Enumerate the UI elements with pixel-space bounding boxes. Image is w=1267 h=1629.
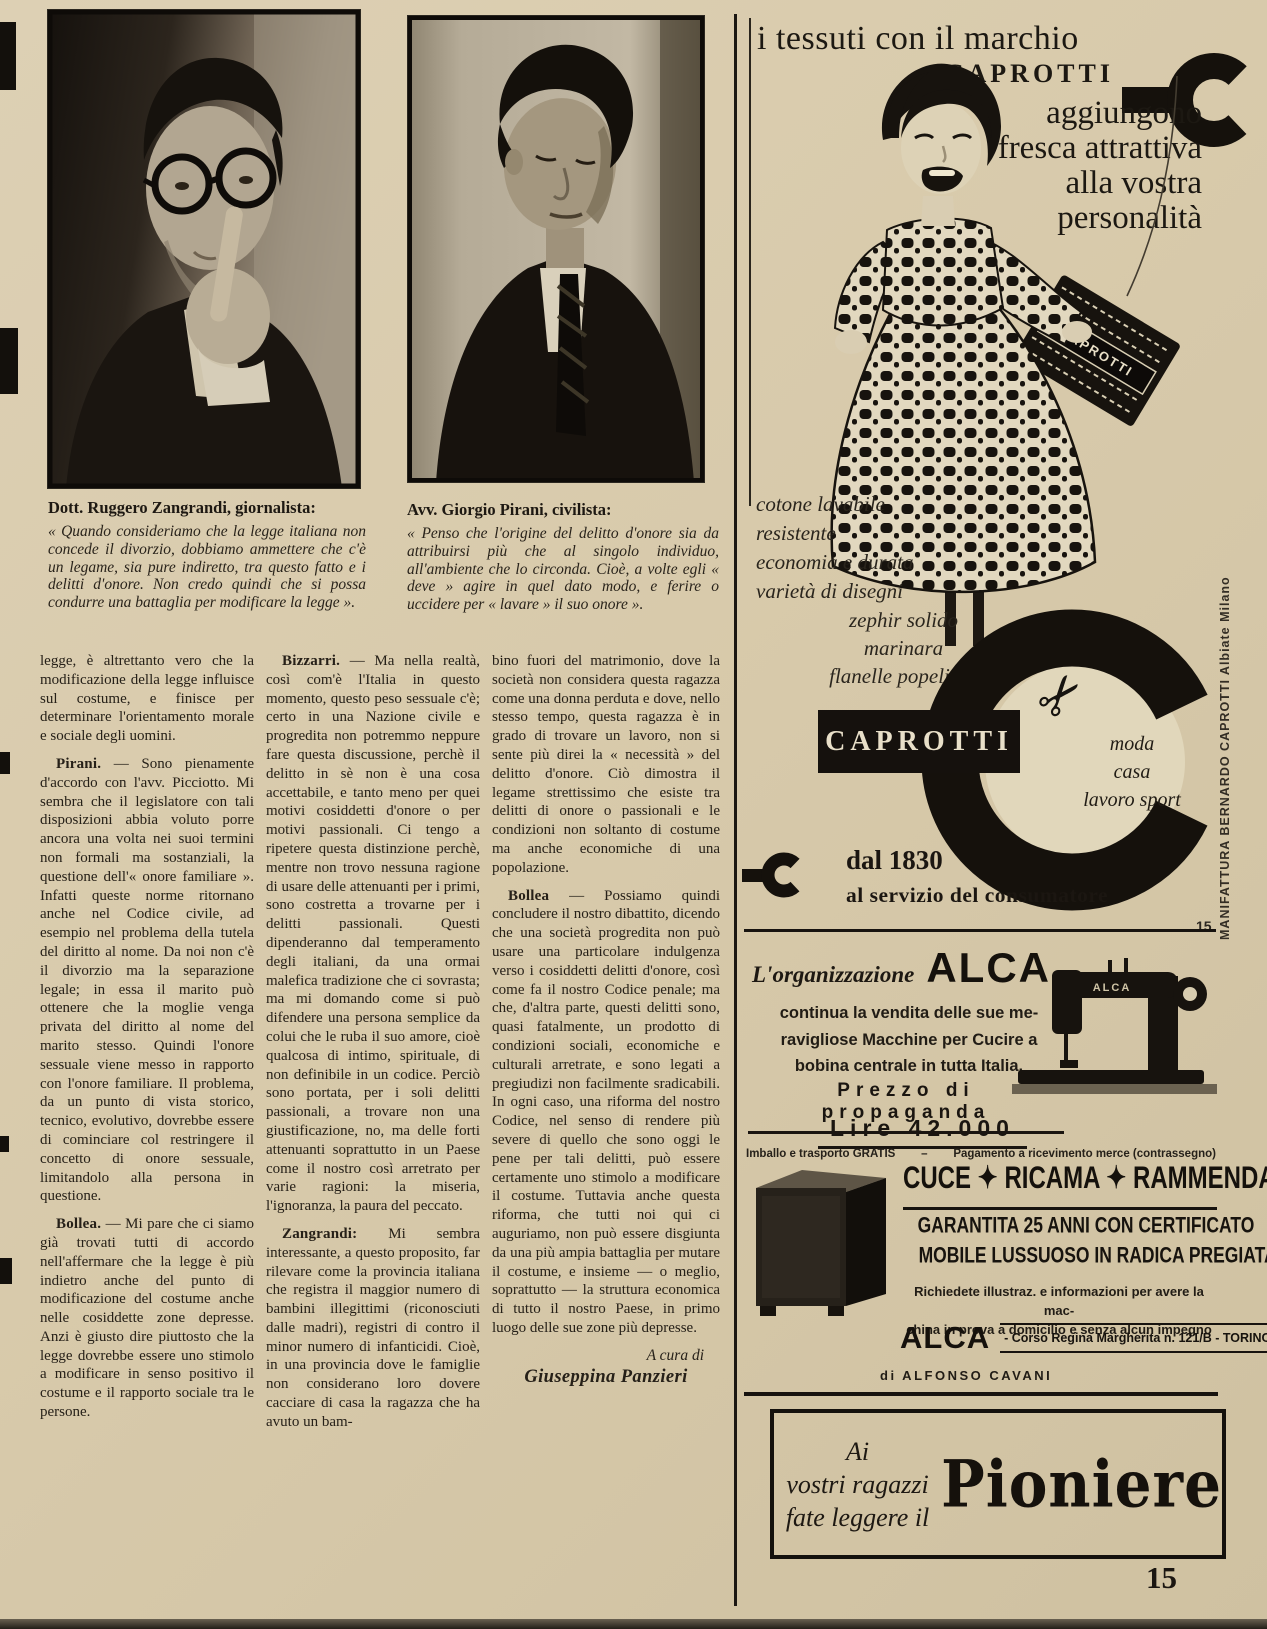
photo-zangrandi: [48, 10, 360, 488]
article-paragraph: Bollea. — Mi pare che ci siamo già trova…: [40, 1215, 254, 1422]
scan-edge-mark: [0, 752, 10, 774]
page-number: 15: [1146, 1560, 1177, 1596]
caprotti-feature-line: economia e durata: [756, 548, 913, 577]
article-column-2: Bizzarri. — Ma nella realtà, così com'è …: [266, 652, 480, 1441]
article-column-3: bino fuori del matrimonio, dove la socie…: [492, 652, 720, 1387]
pioniere-slogan-line: vostri ragazzi: [774, 1468, 941, 1501]
sewing-machine-photo: ALCA: [1012, 942, 1217, 1107]
cuce-note-line: Richiedete illustraz. e informazioni per…: [900, 1282, 1218, 1320]
magazine-page-scan: { "page_number": "15", "icons": { "sciss…: [0, 0, 1267, 1629]
caprotti-logo-bar: CAPROTTI: [818, 710, 1020, 773]
byline-prefix: A cura di: [492, 1347, 720, 1366]
column-divider-line: [734, 14, 737, 1606]
portrait-pirani-illustration: [408, 16, 704, 482]
scan-bottom-edge: [0, 1619, 1267, 1629]
caprotti-c-logo-small: [742, 843, 806, 907]
portrait-zangrandi-illustration: [48, 10, 360, 488]
cuce-brand-row: ALCA - Corso Regina Margherita n. 121/B …: [900, 1320, 1267, 1356]
cuce-owner: di ALFONSO CAVANI: [880, 1368, 1052, 1383]
article-paragraph: legge, è altrettanto vero che la modific…: [40, 652, 254, 746]
pioniere-brand-name: Pioniere: [941, 1446, 1222, 1522]
caprotti-since: dal 1830: [846, 845, 943, 876]
scan-edge-mark: [0, 1258, 12, 1284]
alca-price-value: Lire 42.000: [818, 1115, 1027, 1149]
photo-pirani: [408, 16, 704, 482]
caption-pirani-title: Avv. Giorgio Pirani, civilista:: [407, 500, 719, 520]
caprotti-manufacturer-vertical-text: MANIFATTURA BERNARDO CAPROTTI Albiate Mi…: [1218, 488, 1232, 940]
ad-left-rule: [749, 18, 751, 506]
pioniere-slogan-line: Ai: [774, 1435, 941, 1468]
caprotti-features-list: cotone lavabileresistenteeconomia e dura…: [756, 490, 913, 606]
caption-zangrandi-quote: « Quando consideriamo che la legge itali…: [48, 523, 366, 612]
article-paragraph: Zangrandi: Mi sembra interessante, a que…: [266, 1225, 480, 1432]
cuce-guarantee-2-text: MOBILE LUSSUOSO IN RADICA PREGIATA: [919, 1244, 1267, 1269]
caprotti-feature-line: cotone lavabile: [756, 490, 913, 519]
cuce-headline: CUCE ✦ RICAMA ✦ RAMMENDA: [903, 1159, 1267, 1197]
article-paragraph: Pirani. — Sono pienamente d'accordo con …: [40, 755, 254, 1206]
pioniere-slogan: Aivostri ragazzifate leggere il: [774, 1435, 941, 1534]
cabinet-photo: [750, 1158, 892, 1320]
article-paragraph: bino fuori del matrimonio, dove la socie…: [492, 652, 720, 878]
caprotti-service-claim: al servizio del consumatore: [846, 883, 1108, 908]
alca-shipping-separator: –: [921, 1148, 927, 1160]
caprotti-circle-word: casa: [1052, 758, 1212, 786]
alca-headline-row: L'organizzazione ALCA: [752, 944, 1051, 992]
cuce-address: - Corso Regina Margherita n. 121/B - TOR…: [1000, 1323, 1267, 1353]
cuce-brand-name: ALCA: [900, 1320, 990, 1356]
pioniere-ad-box: Aivostri ragazzifate leggere il Pioniere: [770, 1409, 1226, 1559]
pioniere-slogan-line: fate leggere il: [774, 1501, 941, 1534]
alca-shipping-right: Pagamento a ricevimento merce (contrasse…: [953, 1148, 1216, 1160]
caprotti-circle-word: moda: [1052, 730, 1212, 758]
caprotti-circle-words: modacasalavoro sport: [1052, 730, 1212, 814]
section-rule: [744, 929, 1216, 932]
caption-zangrandi-title: Dott. Ruggero Zangrandi, giornalista:: [48, 498, 366, 518]
scan-edge-mark: [0, 328, 18, 394]
article-byline: A cura di Giuseppina Panzieri: [492, 1347, 720, 1388]
caption-block-zangrandi: Dott. Ruggero Zangrandi, giornalista: « …: [48, 498, 366, 612]
alca-org-label: L'organizzazione: [752, 962, 914, 988]
caption-block-pirani: Avv. Giorgio Pirani, civilista: « Penso …: [407, 500, 719, 614]
article-column-1: legge, è altrettanto vero che la modific…: [40, 652, 254, 1431]
caption-pirani-quote: « Penso che l'origine del delitto d'onor…: [407, 525, 719, 614]
cuce-guarantee-1-text: GARANTITA 25 ANNI CON CERTIFICATO: [918, 1214, 1255, 1239]
byline-name: Giuseppina Panzieri: [492, 1368, 720, 1387]
caprotti-feature-line: resistente: [756, 519, 913, 548]
caprotti-circle-word: lavoro sport: [1052, 786, 1212, 814]
cuce-guarantee-2: MOBILE LUSSUOSO IN RADICA PREGIATA: [903, 1246, 1217, 1268]
machine-brand-label: ALCA: [1093, 982, 1132, 994]
cuce-guarantee-1: GARANTITA 25 ANNI CON CERTIFICATO: [903, 1216, 1217, 1238]
thread-line: [1127, 76, 1177, 296]
cuce-headline-box: CUCE ✦ RICAMA ✦ RAMMENDA: [903, 1168, 1217, 1210]
scan-edge-mark: [0, 1136, 9, 1152]
article-paragraph: Bizzarri. — Ma nella realtà, così com'è …: [266, 652, 480, 1216]
caprotti-feature-line: varietà di disegni: [756, 577, 913, 606]
article-paragraph: Bollea — Possiamo quindi concludere il n…: [492, 887, 720, 1338]
scan-edge-mark: [0, 22, 16, 90]
section-rule: [744, 1392, 1218, 1396]
